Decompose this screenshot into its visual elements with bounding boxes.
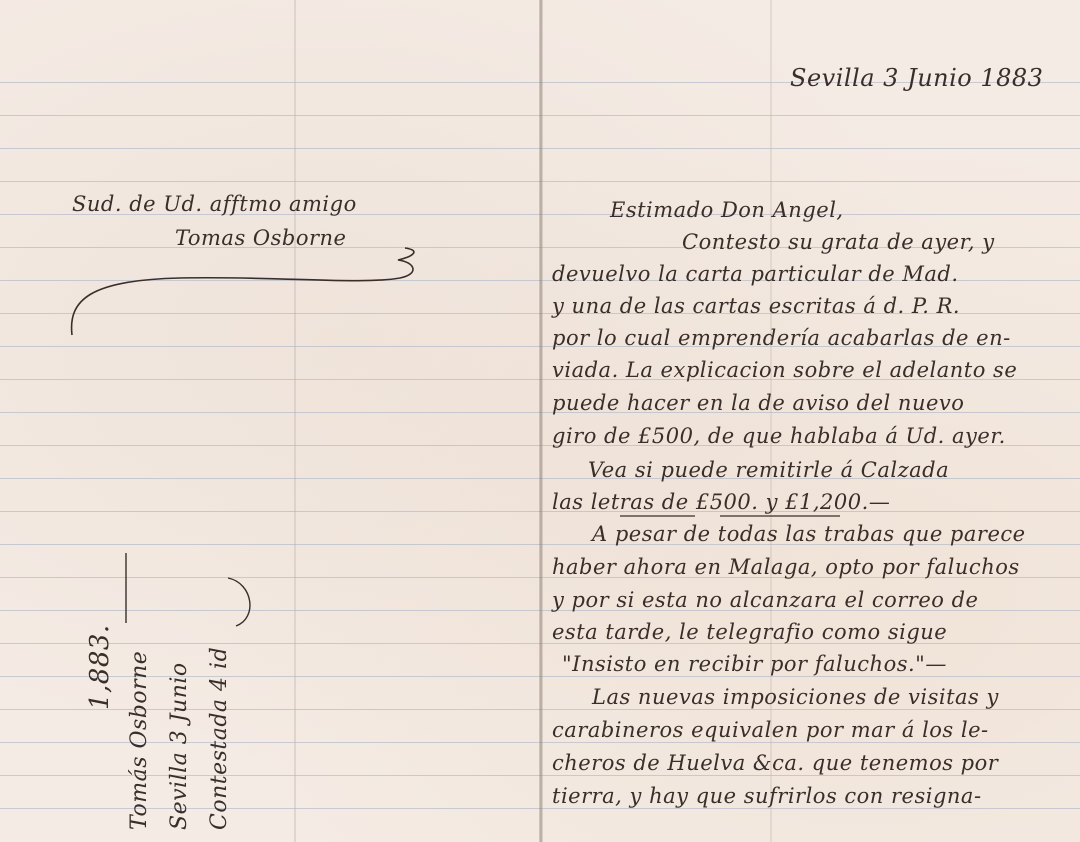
letter-line: las letras de £500. y £1,200.— [552,490,890,514]
signature-flourish-icon [60,240,440,340]
letter-line: y una de las cartas escritas á d. P. R. [552,294,960,318]
letter-line: viada. La explicacion sobre el adelanto … [552,358,1017,382]
letter-line: Las nuevas imposiciones de visitas y [592,685,999,709]
letter-scan: Sud. de Ud. afftmo amigo Tomas Osborne 1… [0,0,1080,842]
letter-line: cheros de Huelva &ca. que tenemos por [552,751,998,775]
letter-line: giro de £500, de que hablaba á Ud. ayer. [552,424,1006,448]
amount-underline-icon [610,512,970,520]
letter-line: carabineros equivalen por mar á los le- [552,718,989,742]
letter-line: tierra, y hay que sufrirlos con resigna- [552,784,982,808]
docket-year: 1,883. [80,560,120,830]
letter-line: esta tarde, le telegrafio como sigue [552,620,947,644]
letter-line: Vea si puede remitirle á Calzada [588,458,949,482]
letter-line: puede hacer en la de aviso del nuevo [552,391,964,415]
letter-line: y por si esta no alcanzara el correo de [552,588,978,612]
salutation: Estimado Don Angel, [610,198,844,222]
letter-line: "Insisto en recibir por faluchos."— [562,652,947,676]
letter-line: haber ahora en Malaga, opto por faluchos [552,555,1020,579]
paper-fold [294,0,296,842]
letter-line: Contesto su grata de ayer, y [682,230,995,254]
paper-fold [770,0,772,842]
dateline: Sevilla 3 Junio 1883 [790,64,1043,92]
docket-divider-icon [118,548,258,628]
letter-line: por lo cual emprendería acabarlas de en- [552,326,1011,350]
closing-line: Sud. de Ud. afftmo amigo [72,192,357,216]
center-fold [539,0,543,842]
letter-line: A pesar de todas las trabas que parece [592,522,1026,546]
letter-line: devuelvo la carta particular de Mad. [552,262,959,286]
